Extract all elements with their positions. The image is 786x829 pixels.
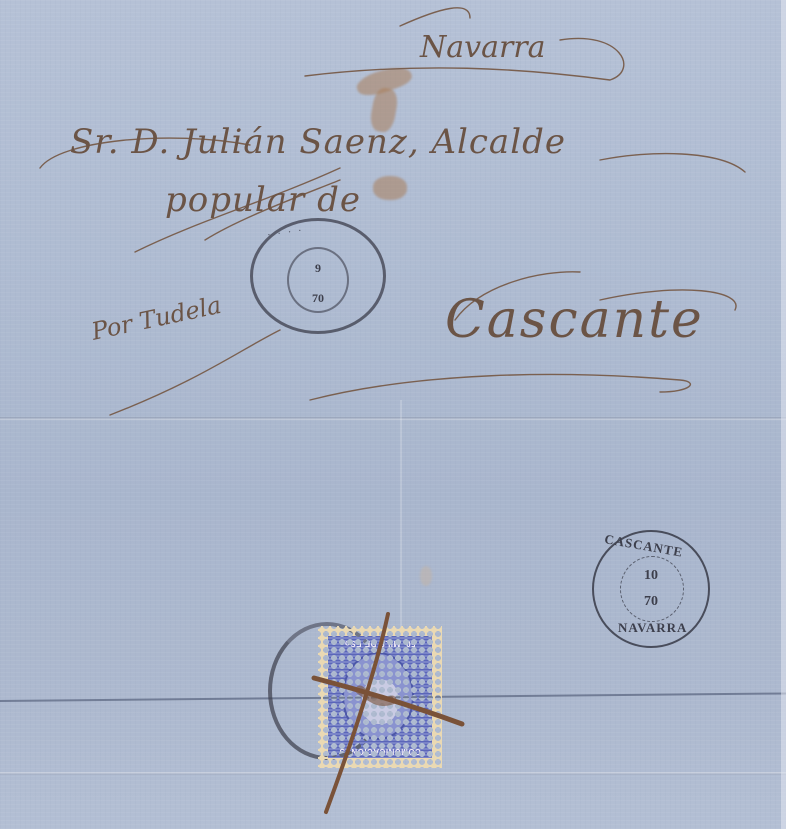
postage-stamp: COMUNICACIONES 50. MILS DE ESo: [318, 626, 442, 768]
transit-postmark: · · · · 9 70: [250, 218, 386, 334]
arrival-postmark: CASCANTE 10 70 NAVARRA: [592, 530, 710, 648]
stamp-portrait-head: [362, 680, 398, 724]
address-town: Cascante: [445, 290, 704, 350]
arrival-postmark-day: 10: [594, 568, 708, 584]
address-addressee: Sr. D. Julián Saenz, Alcalde: [70, 122, 566, 162]
transit-postmark-day: 9: [253, 261, 383, 276]
stamp-top-text: COMUNICACIONES: [328, 747, 432, 756]
arrival-postmark-inner-ring: [620, 556, 684, 622]
address-title: popular de: [165, 180, 361, 220]
address-region: Navarra: [420, 30, 546, 65]
transit-postmark-year: 70: [253, 291, 383, 306]
arrival-postmark-province: NAVARRA: [618, 620, 687, 636]
arrival-postmark-year: 70: [594, 594, 708, 610]
stamp-design: COMUNICACIONES 50. MILS DE ESo: [328, 636, 432, 758]
stamp-value-text: 50. MILS DE ESo: [328, 639, 432, 648]
letter-cover: Navarra Sr. D. Julián Saenz, Alcalde pop…: [0, 0, 786, 829]
